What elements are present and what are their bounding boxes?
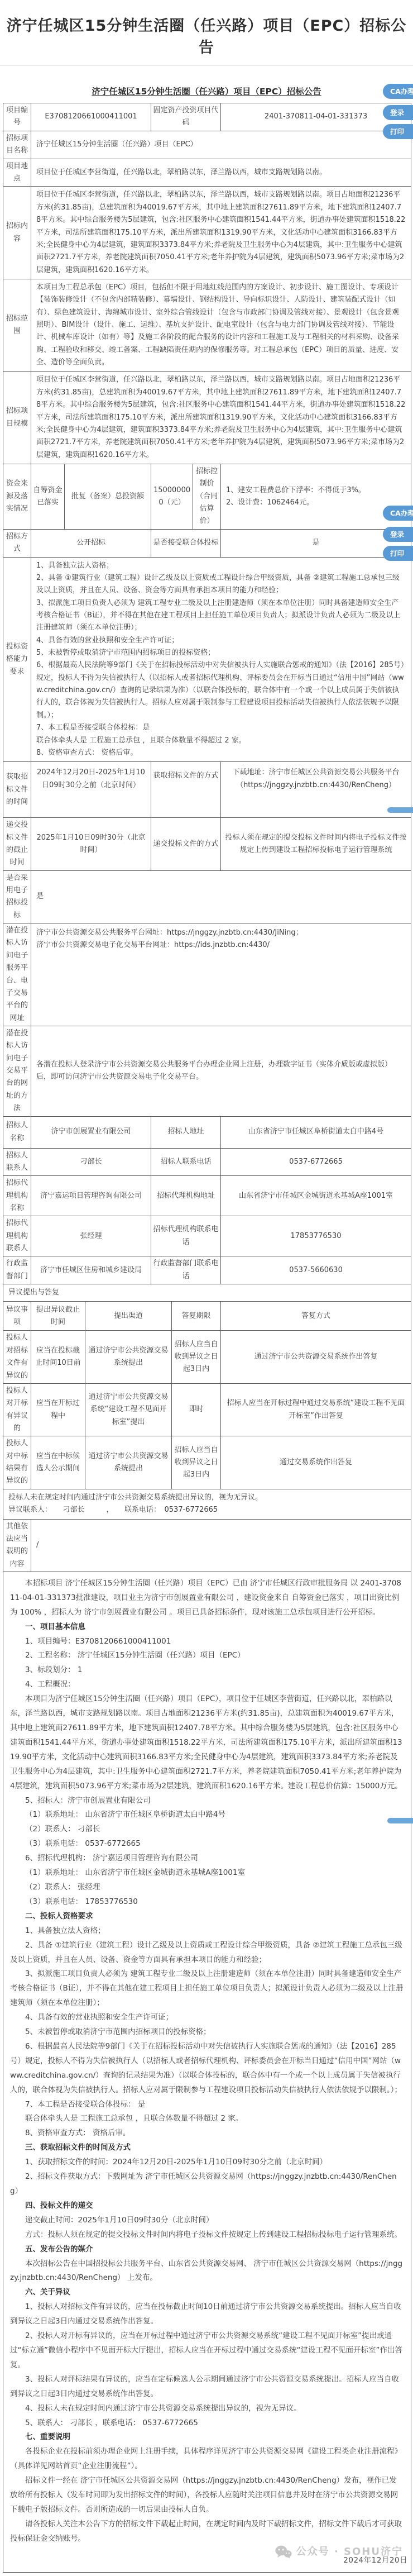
article-paragraph: 1、项目编号：E3708120661000411001 xyxy=(10,1635,404,1649)
cell-name-label: 招标项目名称 xyxy=(3,131,31,159)
objection-header-channel: 提出渠道 xyxy=(85,1302,172,1331)
article-paragraph: （3）联系电话： 17853776530 xyxy=(10,1895,404,1910)
cell-platform-access-value: 各潜在投标人登录济宁市公共资源交易公共服务平台办理企业网上注册，办理数字证书（实… xyxy=(31,1026,411,1117)
article-heading: 三、获取招标文件的时间及方式 xyxy=(10,2141,404,2155)
article-paragraph: 方式：投标人须在规定的提交投标文件时间内将电子投标文件按规定上传到建设工程招标投… xyxy=(10,2228,404,2242)
objection-row-reply-limit: 招标人应当自收到异议之日起3日内 xyxy=(172,1436,221,1489)
cell-location-value: 项目位于任城区李营街道，任兴路以北，翠柏路以东，泽兰路以西，城市支路规划路以南。 xyxy=(31,159,411,187)
cell-agency-tel-label: 招标代理机构联系电话 xyxy=(151,1216,221,1256)
article-paragraph: 1、投标人对招标文件有异议的，应当在投标截止时间10日前通过济宁市公共资源交易系… xyxy=(10,2300,404,2329)
article-paragraph: 1、获取招标文件的时间：2024年12月20日-2025年1月10日09时30分… xyxy=(10,2155,404,2170)
cell-agency-label: 招标代理机构名称 xyxy=(3,1176,31,1216)
cell-platform-url-value: 济宁市公共资源交易公共服务平台网址：https://jnggzy.jnzbtb.… xyxy=(31,923,411,1026)
cell-submit-way-label: 递交投标文件的方式 xyxy=(151,818,221,870)
cell-content-value: 项目位于任城区李营街道，任兴路以北，翠柏路以东，泽兰路以西，城市支路规划路以南。… xyxy=(31,187,411,279)
article-heading: 五、发布公告的媒介 xyxy=(10,2242,404,2257)
objection-row-channel: 通过济宁市公共资源交易系统提出 xyxy=(85,1331,172,1383)
cell-scope-label: 招标范围 xyxy=(3,279,31,372)
header-divider xyxy=(0,65,413,66)
cell-supervisor-tel-label: 行政监督部门联系电话 xyxy=(151,1256,221,1284)
article-paragraph: 1、具备独立法人资格； xyxy=(10,1924,404,1939)
cell-submit-way-value: 投标人须在规定的提交投标文件时间内将电子投标文件按规定上传到建设工程招标投标电子… xyxy=(221,818,411,870)
cell-funding-value: 自筹资金已落实 xyxy=(31,464,65,529)
objection-note: 投标人未在规定时间内通过济宁市公共资源交易系统提出异议的，视为无异议。 异议联系… xyxy=(3,1489,411,1519)
tender-info-table: 项目编号 E3708120661000411001 固定资产投资项目代码 240… xyxy=(3,103,411,2573)
cell-tenderer-contact-label: 招标人联系人 xyxy=(3,1148,31,1176)
cell-platform-url-label: 潜在投标人访问电子服务平台、电子交易平台的网址 xyxy=(3,923,31,1026)
tender-table-wrapper: 项目编号 E3708120661000411001 固定资产投资项目代码 240… xyxy=(0,103,413,2576)
article-paragraph: 5、联系人： 刁部长 ，联系电话： 0537-6772665 xyxy=(10,2416,404,2431)
article-paragraph: （1）联系地址： 山东省济宁市任城区阜桥街道太白中路4号 xyxy=(10,1808,404,1822)
article-heading: 六、关于异议 xyxy=(10,2285,404,2300)
cell-approved-value: 150000000（元） xyxy=(151,464,193,529)
cell-scale-label: 招标项目规模 xyxy=(3,372,31,464)
objection-row-channel: 通过济宁市公共资源交易系统“建设工程不见面开标室”提出 xyxy=(85,1383,172,1436)
cell-invest-code-value: 2401-370811-04-01-331373 xyxy=(221,103,411,131)
ca-handle-button[interactable]: CA办理 xyxy=(383,84,413,99)
announcement-article-cell: 本招标项目 济宁任城区15分钟生活圈（任兴路）项目（EPC）已由 济宁市任城区行… xyxy=(3,1572,411,2572)
clipped-button-remnant xyxy=(387,807,413,813)
cell-other-label: 其他依法应当载明的内容 xyxy=(3,1519,31,1572)
objection-row-channel: 通过济宁市公共资源交易系统提出 xyxy=(85,1436,172,1489)
cell-platform-access-label: 潜在投标人访问电子交易平台的网址的方法 xyxy=(3,1026,31,1117)
objection-row-item: 投标人对招标文件有异议的 xyxy=(3,1331,31,1383)
cell-funding-label: 资金来源及落实情况 xyxy=(3,464,31,529)
article-paragraph: 本次招标公告在中国招投标公共服务平台、山东省公共资源交易网、 济宁市任城区公共资… xyxy=(10,2257,404,2286)
article-paragraph: 请各投标人关注本公告下方的招标文件下载起止时间，在规定时间内及时下载招标文件，招… xyxy=(10,2517,404,2546)
objection-header-deadline: 提出异议截止时间 xyxy=(31,1302,85,1331)
article-heading: 七、重要说明 xyxy=(10,2430,404,2445)
article-paragraph: 各投标企业在投标前须办理企业网上注册手续，具体程序详见济宁市公共资源交易网《建设… xyxy=(10,2445,404,2474)
article-paragraph: 3、投标人对评标结果有异议的，应当在定标候选人公示期间通过济宁市公共资源交易系统… xyxy=(10,2373,404,2402)
cell-supervisor-label: 行政监督部门 xyxy=(3,1256,31,1284)
cell-agency-contact-label: 招标代理机构联系人 xyxy=(3,1216,31,1256)
cell-project-no-value: E3708120661000411001 xyxy=(31,103,151,131)
objection-row-reply-way: 通过交易系统作出答复 xyxy=(221,1436,411,1489)
cell-control-value: 1、建安工程费总价下浮率：不得低于3%。 2、设计费：1062464元。 xyxy=(221,464,411,529)
objection-row-item: 投标人对中标结果有异议的 xyxy=(3,1436,31,1489)
cell-method-value: 公开招标 xyxy=(31,529,151,557)
objection-header-reply-way: 答复方式 xyxy=(221,1302,411,1331)
cell-agency-value: 济宁嘉运项目管理咨询有限公司 xyxy=(31,1176,151,1216)
login-button[interactable]: 登录 xyxy=(383,105,413,120)
publish-date: 2024年12月20日 xyxy=(343,2554,407,2567)
clipped-button-remnant xyxy=(387,1818,413,1823)
article-paragraph: 6、根据最高人民法院等9部门《关于在招标投标活动中对失信被执行人实施联合惩戒的通… xyxy=(10,2040,404,2098)
article-paragraph: 递交截止时间：2025年1月10日09时30分（北京时间） xyxy=(10,2213,404,2228)
article-paragraph: 联合体牵头人是 工程施工总承包 ，且联合体数量不得超过 2 家。 xyxy=(10,2112,404,2126)
cell-other-value: / xyxy=(31,1519,411,1572)
objection-row-deadline: 应当在中标候选人公示期间 xyxy=(31,1436,85,1489)
cell-doc-time-label: 获取招标文件的时间 xyxy=(3,762,31,818)
cell-doc-time-value: 2024年12月20日-2025年1月10日09时30分之前（北京时间） xyxy=(31,762,151,818)
cell-agency-addr-value: 山东省济宁市任城区金城街道永基城A座1001室 xyxy=(221,1176,411,1216)
article-paragraph: 4、工程概况： xyxy=(10,1678,404,1692)
article-paragraph: 本招标项目 济宁任城区15分钟生活圈（任兴路）项目（EPC）已由 济宁市任城区行… xyxy=(10,1577,404,1620)
article-paragraph: 2、投标人对开标有异议的，应当在开标过程中通过济宁市公共资源交易系统“建设工程不… xyxy=(10,2329,404,2373)
article-heading: 二、投标人资格要求 xyxy=(10,1910,404,1924)
objection-row-reply-limit: 招标人应当自收到异议之日起3日内 xyxy=(172,1331,221,1383)
objection-row-reply-limit: 即时 xyxy=(172,1383,221,1436)
article-paragraph: 2、具备 ①建筑行业（建筑工程）设计乙级及以上资质或工程设计综合甲级资质，具备 … xyxy=(10,1939,404,1968)
article-paragraph: （3）联系电话： 0537-6772665 xyxy=(10,1837,404,1851)
cell-content-label: 招标内容 xyxy=(3,187,31,279)
cell-scale-value: 项目位于任城区李营街道，任兴路以北，翠柏路以东，泽兰路以西，城市支路规划路以南。… xyxy=(31,372,411,464)
cell-tenderer-label: 招标人名称 xyxy=(3,1116,31,1148)
objection-row-deadline: 应当在投标截止时间10日前 xyxy=(31,1331,85,1383)
page-title: 济宁任城区15分钟生活圈（任兴路）项目（EPC）招标公告 xyxy=(6,13,407,57)
cell-supervisor-value: 济宁市任城区住房和城乡建设局 xyxy=(31,1256,151,1284)
article-paragraph: 4、具备有效的营业执照和安全生产许可证； xyxy=(10,2011,404,2025)
article-paragraph: 5、招标人：济宁市创展置业有限公司 xyxy=(10,1794,404,1808)
article-paragraph: （2）联系人： 张经理 xyxy=(10,1880,404,1895)
cell-deadline-label: 递交投标文件的截止时间 xyxy=(3,818,31,870)
article-heading: 四、投标文件的递交 xyxy=(10,2199,404,2213)
cell-doc-way-label: 获取招标文件的方式 xyxy=(151,762,221,818)
print-button[interactable]: 打印 xyxy=(383,124,413,139)
cell-tenderer-tel-value: 0537-6772665 xyxy=(221,1148,411,1176)
cell-agency-addr-label: 招标代理机构地址 xyxy=(151,1176,221,1216)
article-heading: 一、项目基本信息 xyxy=(10,1620,404,1635)
article-paragraph: （2）联系人： 刁部长 xyxy=(10,1822,404,1837)
wechat-icon xyxy=(275,2545,292,2559)
cell-tenderer-addr-value: 山东省济宁市任城区阜桥街道太白中路4号 xyxy=(221,1116,411,1148)
login-button[interactable]: 登录 xyxy=(383,527,413,542)
cell-agency-contact-value: 张经理 xyxy=(31,1216,151,1256)
article-paragraph: 3、标段划分： 1 xyxy=(10,1663,404,1678)
cell-approved-label: 批复（备案）总投资额 xyxy=(65,464,151,529)
cell-project-no-label: 项目编号 xyxy=(3,103,31,131)
cell-deadline-value: 2025年1月10日09时30分（北京时间） xyxy=(31,818,151,870)
cell-doc-way-value: 下载地址：济宁市任城区公共资源交易公共服务平台 （https://jnggzy.… xyxy=(221,762,411,818)
article-paragraph: 7、本工程是否接受联合体投标： 是 xyxy=(10,2098,404,2112)
cell-name-value: 济宁任城区15分钟生活圈（任兴路）项目（EPC） xyxy=(31,131,411,159)
objection-row-reply-way: 招标人应当在开标过程中通过交易系统“建设工程不见面开标室”作出答复 xyxy=(221,1383,411,1436)
print-button[interactable]: 打印 xyxy=(383,546,413,561)
cell-invest-code-label: 固定资产投资项目代码 xyxy=(151,103,221,131)
cell-scope-value: 本项目为工程总承包（EPC）项目，包括但不限于用地红线范围内的方案设计、初步设计… xyxy=(31,279,411,372)
objection-row-reply-way: 通过济宁市公共资源交易系统作出答复 xyxy=(221,1331,411,1383)
objection-row-item: 投标人对开标有异议的 xyxy=(3,1383,31,1436)
cell-tenderer-contact-value: 刁部长 xyxy=(31,1148,151,1176)
article-paragraph: （1）联系地址： 山东省济宁市任城区金城街道永基城A座1001室 xyxy=(10,1866,404,1880)
objection-row-deadline: 应当在开标过程中 xyxy=(31,1383,85,1436)
article-paragraph: 5、未被暂停或取消济宁市范围内招标项目的投标资格； xyxy=(10,2025,404,2040)
announcement-page: 济宁任城区15分钟生活圈（任兴路）项目（EPC）招标公告 济宁任城区15分钟生活… xyxy=(0,0,413,2576)
article-paragraph: 3、拟派施工项目负责人必须为 建筑工程专业二级及以上注册建造师（须在本单位注册）… xyxy=(10,1967,404,2011)
article-paragraph: 2、招标文件获取方式：下载网址为 济宁市任城区公共资源交易网（https://j… xyxy=(10,2170,404,2199)
article-paragraph: 4、投标人未在规定时间内通过济宁市公共资源交易系统提出异议的，视为无异议。 xyxy=(10,2402,404,2416)
article-paragraph: 6、招标代理机构： 济宁嘉运项目管理咨询有限公司 xyxy=(10,1851,404,1866)
cell-tenderer-addr-label: 招标人地址 xyxy=(151,1116,221,1148)
announcement-article: 本招标项目 济宁任城区15分钟生活圈（任兴路）项目（EPC）已由 济宁市任城区行… xyxy=(10,1577,404,2546)
cell-agency-tel-value: 17853776530 xyxy=(221,1216,411,1256)
cell-method-label: 招标方式 xyxy=(3,529,31,557)
objection-header-reply-limit: 答复期限 xyxy=(172,1302,221,1331)
ca-handle-button[interactable]: CA办理 xyxy=(383,506,413,521)
cell-qualification-label: 投标资格能力要求 xyxy=(3,557,31,762)
cell-etender-value: 是 xyxy=(31,870,411,923)
article-paragraph: 本项目为济宁任城区15分钟生活圈（任兴路）项目（EPC），项目位于任城区李营街道… xyxy=(10,1692,404,1793)
objection-section-title: 异议提出与答复 xyxy=(3,1284,411,1302)
article-paragraph: 招标文件一经在 济宁市任城区公共资源交易网（https://jnggzy.jnz… xyxy=(10,2474,404,2517)
article-paragraph: 2、工程名称： 济宁任城区15分钟生活圈（任兴路）项目（EPC） xyxy=(10,1649,404,1663)
cell-tenderer-value: 济宁市创展置业有限公司 xyxy=(31,1116,151,1148)
cell-supervisor-tel-value: 0537-5660630 xyxy=(221,1256,411,1284)
cell-tenderer-tel-label: 招标人联系电话 xyxy=(151,1148,221,1176)
document-title: 济宁任城区15分钟生活圈（任兴路）项目（EPC）招标公告 xyxy=(0,85,413,97)
cell-location-label: 项目地点 xyxy=(3,159,31,187)
cell-qualification-value: 1、具备独立法人资格； 2、具备 ①建筑行业（建筑工程）设计乙级及以上资质或工程… xyxy=(31,557,411,762)
article-paragraph: 8、资格审查方式： 资格后审。 xyxy=(10,2126,404,2141)
cell-jv-label: 是否接受联合体投标 xyxy=(151,529,221,557)
objection-header-item: 异议事项 xyxy=(3,1302,31,1331)
cell-etender-label: 是否采用电子招标投标 xyxy=(3,870,31,923)
cell-control-label: 招标控制价（合同估算价） xyxy=(193,464,221,529)
